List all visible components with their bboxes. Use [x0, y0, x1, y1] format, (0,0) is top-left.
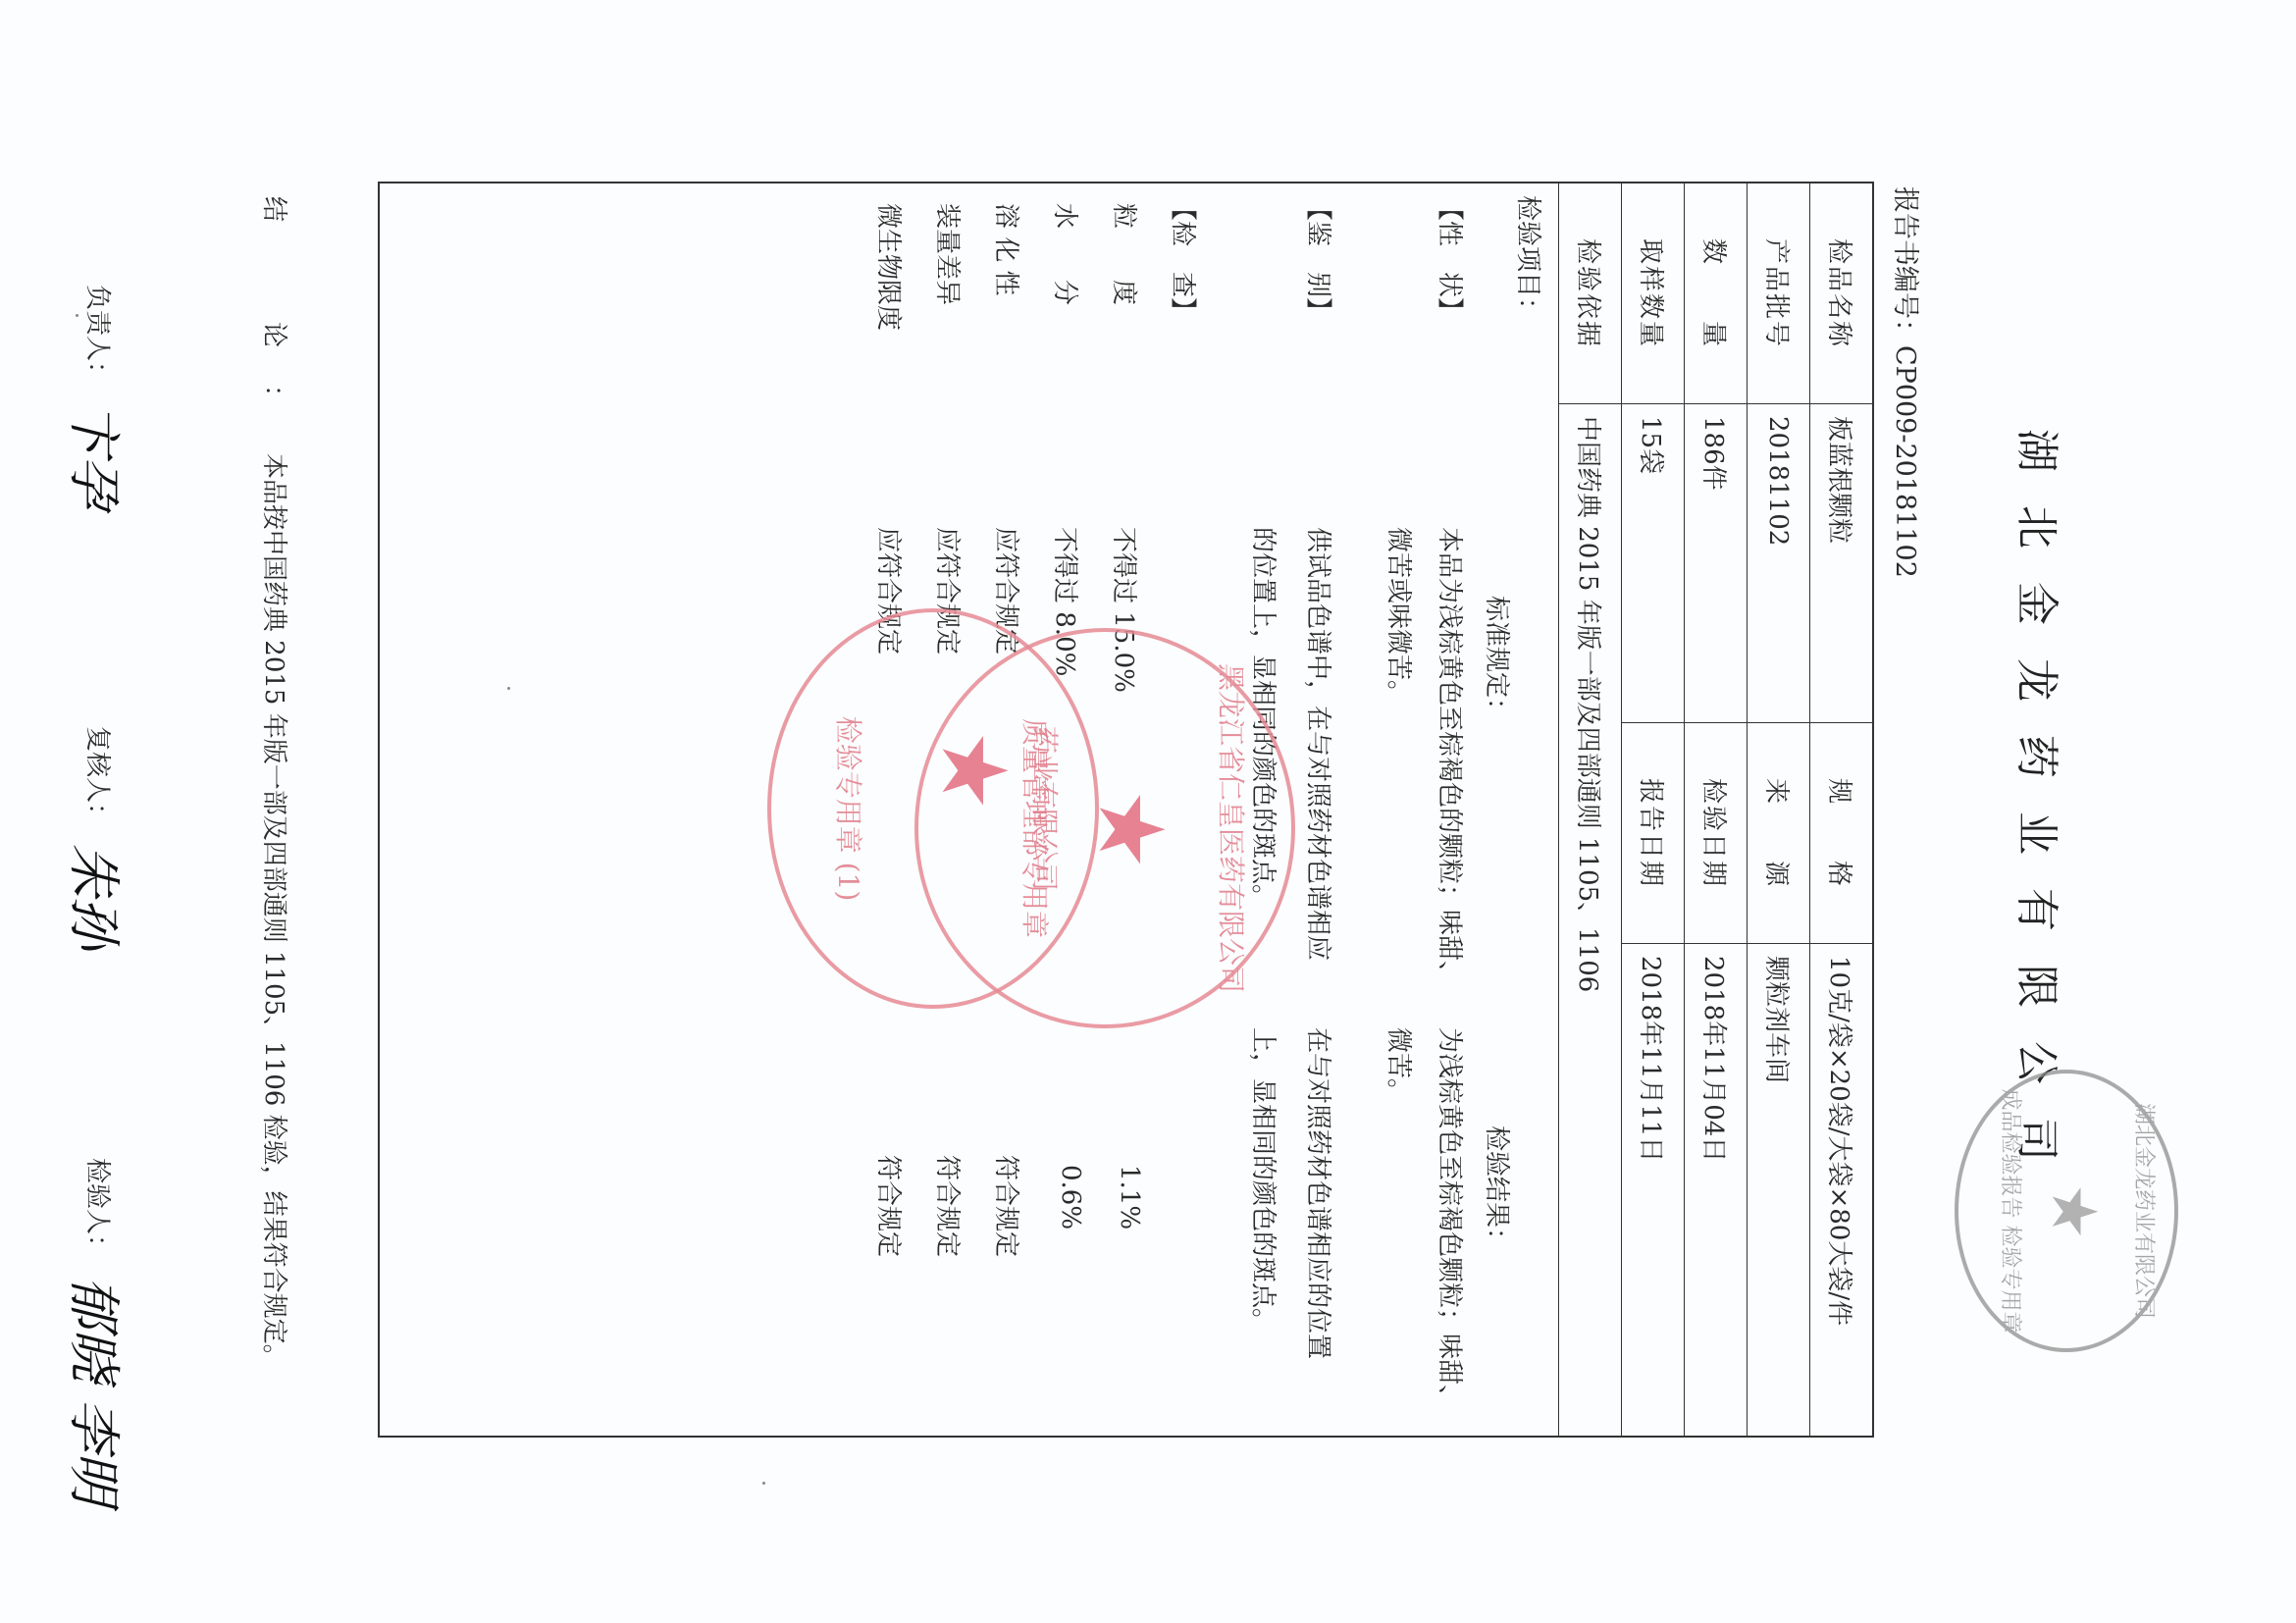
result-line: 微苦。	[1383, 1027, 1419, 1104]
cell-value: 20181102	[1748, 404, 1810, 723]
responsible-signature: 负责人： 卞孕	[81, 285, 118, 387]
cell-label: 产品批号	[1748, 183, 1810, 404]
cell-label: 检验日期	[1685, 723, 1748, 944]
standard-line: 微苦或味微苦。	[1383, 527, 1419, 706]
section-checks: 【检 查】	[1167, 195, 1203, 323]
cell-value: 2018年11月11日	[1622, 944, 1685, 1437]
cell-value: 板蓝根颗粒	[1810, 404, 1873, 723]
scan-speck	[762, 1482, 765, 1485]
check-name: 溶 化 性	[990, 203, 1026, 296]
inspector-signature: 检验人： 郁晓 李明	[81, 1158, 118, 1260]
reviewer-label: 复核人：	[82, 726, 112, 828]
result-heading: 检验结果：	[1481, 1126, 1517, 1253]
red-stamp-inspection: 药业有限公司 ★ 检验专用章 (1)	[767, 608, 1099, 1009]
check-result: 符合规定	[990, 1155, 1026, 1257]
cell-value: 中国药典 2015 年版一部及四部通则 1105、1106	[1559, 404, 1622, 1437]
cell-label: 来 源	[1748, 723, 1810, 944]
standard-line: 供试品色谱中，在与对照药材色谱相应	[1302, 527, 1338, 961]
inspector-handwriting: 郁晓 李明	[60, 1276, 135, 1504]
cell-value: 186件	[1685, 404, 1748, 723]
star-icon: ★	[2037, 1183, 2110, 1239]
scan-speck	[507, 687, 510, 690]
stamp-ring-text: 药业有限公司	[1026, 612, 1066, 1005]
company-title: 湖北金龙药业有限公司	[2009, 0, 2072, 1623]
section-appearance: 【性 状】	[1434, 195, 1470, 323]
report-number-value: CP009-20181102	[1890, 345, 1920, 578]
check-name: 粒 度	[1108, 203, 1144, 305]
stamp-center-text: 检验专用章 (1)	[830, 612, 869, 1005]
cell-label: 检验依据	[1559, 183, 1622, 404]
reviewer-signature: 复核人： 朱孙	[81, 726, 118, 828]
cell-value: 颗粒剂车间	[1748, 944, 1810, 1437]
cell-label: 数 量	[1685, 183, 1748, 404]
check-result: 0.6%	[1056, 1165, 1085, 1230]
reviewer-handwriting: 朱孙	[60, 844, 135, 950]
cell-value: 10克/袋×20袋/大袋×80大袋/件	[1810, 944, 1873, 1437]
stamp-ring-text: 湖北金龙药业有限公司	[2130, 1073, 2161, 1348]
cell-value: 2018年11月04日	[1685, 944, 1748, 1437]
conclusion-text: 本品按中国药典 2015 年版一部及四部通则 1105、1106 检验，结果符合…	[259, 453, 288, 1370]
section-identification: 【鉴 别】	[1302, 195, 1338, 323]
result-line: 为浅棕黄色至棕褐色颗粒；味甜、	[1434, 1027, 1470, 1410]
check-name: 装量差异	[931, 203, 967, 305]
table-row: 取样数量 15袋 报告日期 2018年11月11日	[1622, 183, 1685, 1436]
stamp-ring-text: 黑龙江省仁皇医药有限公司	[1213, 632, 1252, 1024]
standard-heading: 标准规定：	[1481, 596, 1517, 723]
table-row: 产品批号 20181102 来 源 颗粒剂车间	[1748, 183, 1810, 1436]
check-name: 微生物限度	[872, 203, 909, 331]
responsible-label: 负责人：	[82, 285, 112, 387]
report-number: 报告书编号：CP009-20181102	[1889, 186, 1927, 578]
report-number-label: 报告书编号：	[1890, 186, 1920, 345]
cell-label: 规 格	[1810, 723, 1873, 944]
scan-speck	[76, 314, 78, 317]
stamp-center-text: 成品检验报告 检验专用章	[1997, 1073, 2027, 1348]
cell-label: 检品名称	[1810, 183, 1873, 404]
conclusion-label: 结 论：	[259, 196, 288, 447]
cell-label: 报告日期	[1622, 723, 1685, 944]
inspector-label: 检验人：	[82, 1158, 112, 1260]
cell-value: 15袋	[1622, 404, 1685, 723]
result-line: 在与对照药材色谱相应的位置	[1302, 1027, 1338, 1359]
check-result: 1.1%	[1115, 1165, 1144, 1230]
inspection-report-page: 湖北金龙药业有限公司 湖北金龙药业有限公司 ★ 成品检验报告 检验专用章 报告书…	[0, 0, 2296, 1623]
check-result: 符合规定	[931, 1155, 967, 1257]
table-row: 检验依据 中国药典 2015 年版一部及四部通则 1105、1106	[1559, 183, 1622, 1436]
table-row: 数 量 186件 检验日期 2018年11月04日	[1685, 183, 1748, 1436]
responsible-handwriting: 卞孕	[60, 402, 135, 508]
result-line: 上，显相同的颜色的斑点。	[1247, 1027, 1283, 1334]
check-name: 水 分	[1049, 203, 1085, 305]
header-table: 检品名称 板蓝根颗粒 规 格 10克/袋×20袋/大袋×80大袋/件 产品批号 …	[1558, 183, 1872, 1436]
conclusion: 结 论：本品按中国药典 2015 年版一部及四部通则 1105、1106 检验，…	[258, 196, 294, 1370]
standard-line: 本品为浅棕黄色至棕褐色的颗粒；味甜、	[1434, 527, 1470, 986]
check-result: 符合规定	[872, 1155, 909, 1257]
cell-label: 取样数量	[1622, 183, 1685, 404]
table-row: 检品名称 板蓝根颗粒 规 格 10克/袋×20袋/大袋×80大袋/件	[1810, 183, 1873, 1436]
items-heading: 检验项目：	[1512, 195, 1548, 323]
star-icon: ★	[921, 730, 1026, 811]
company-inspection-stamp: 湖北金龙药业有限公司 ★ 成品检验报告 检验专用章	[1955, 1070, 2178, 1352]
